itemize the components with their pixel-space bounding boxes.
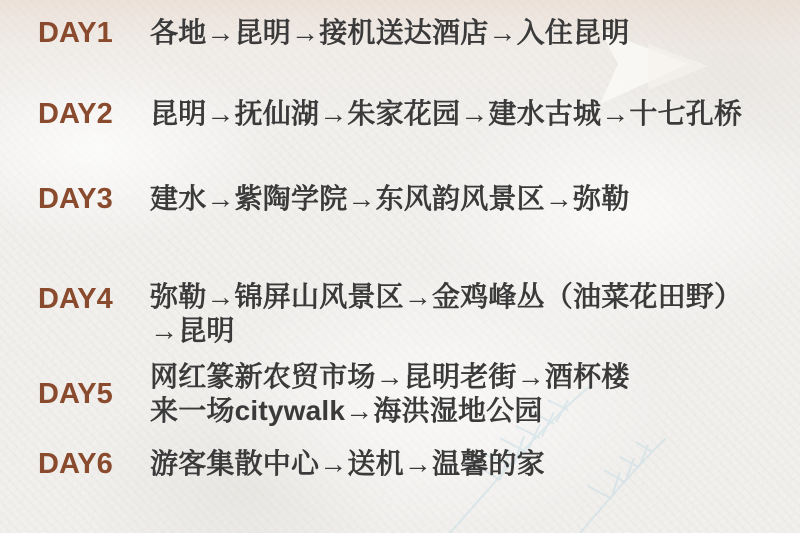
day3-label: DAY3 <box>38 183 150 216</box>
day3-route: 建水→紫陶学院→东风韵风景区→弥勒 <box>150 182 629 216</box>
day4-label: DAY4 <box>38 283 150 316</box>
day6-route: 游客集散中心→送机→温馨的家 <box>150 447 545 481</box>
itinerary-row-day2: DAY2 昆明→抚仙湖→朱家花园→建水古城→十七孔桥 <box>38 97 742 131</box>
day5-label: DAY5 <box>38 378 150 411</box>
itinerary-row-day5: DAY5 网红篆新农贸市场→昆明老街→酒杯楼 来一场citywalk→海洪湿地公… <box>38 360 629 428</box>
day2-route: 昆明→抚仙湖→朱家花园→建水古城→十七孔桥 <box>150 97 742 131</box>
itinerary-row-day1: DAY1 各地→昆明→接机送达酒店→入住昆明 <box>38 16 629 50</box>
day1-label: DAY1 <box>38 17 150 50</box>
itinerary-row-day3: DAY3 建水→紫陶学院→东风韵风景区→弥勒 <box>38 182 629 216</box>
day5-route: 网红篆新农贸市场→昆明老街→酒杯楼 来一场citywalk→海洪湿地公园 <box>150 360 629 428</box>
itinerary-row-day4: DAY4 弥勒→锦屏山风景区→金鸡峰丛（油菜花田野） →昆明 <box>38 280 742 348</box>
day1-route: 各地→昆明→接机送达酒店→入住昆明 <box>150 16 629 50</box>
itinerary-page: { "page": { "background_color": "#f1efec… <box>0 0 800 533</box>
day6-label: DAY6 <box>38 448 150 481</box>
itinerary-row-day6: DAY6 游客集散中心→送机→温馨的家 <box>38 447 545 481</box>
itinerary-list: DAY1 各地→昆明→接机送达酒店→入住昆明 DAY2 昆明→抚仙湖→朱家花园→… <box>0 0 800 533</box>
day2-label: DAY2 <box>38 98 150 131</box>
day4-route: 弥勒→锦屏山风景区→金鸡峰丛（油菜花田野） →昆明 <box>150 280 742 348</box>
